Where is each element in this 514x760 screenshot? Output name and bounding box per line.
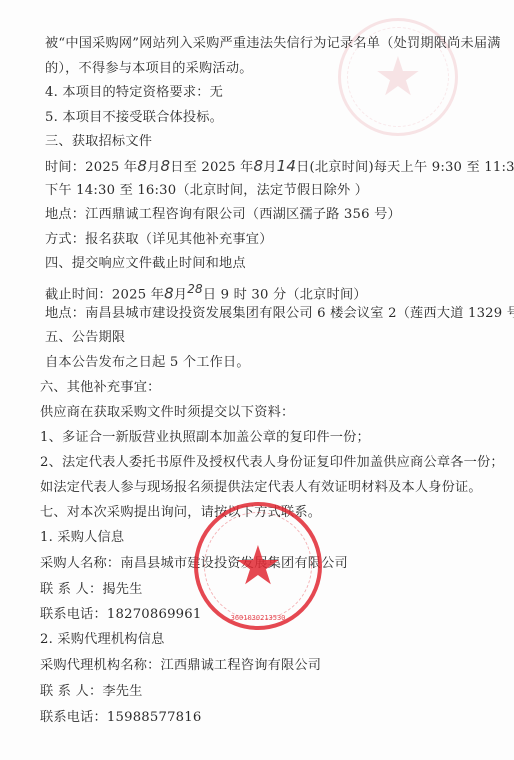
requirement-4: 4. 本项目的特定资格要求：无 xyxy=(45,85,223,101)
official-seal-stamp: ★ 3601030213530 xyxy=(194,502,322,630)
section-4-title: 四、提交响应文件截止时间和地点 xyxy=(45,256,246,272)
handwritten-day: 8 xyxy=(160,157,170,175)
handwritten-month: 8 xyxy=(164,284,174,302)
seal-number: 3601030213530 xyxy=(231,614,286,622)
blacklist-line-1: 被“中国采购网”网站列入采购严重违法失信行为记录名单（处罚期限尚未届满 xyxy=(45,36,501,52)
agent-name: 采购代理机构名称：江西鼎诚工程咨询有限公司 xyxy=(40,658,321,674)
document-page: ★ 被“中国采购网”网站列入采购严重违法失信行为记录名单（处罚期限尚未届满 的）… xyxy=(0,0,514,760)
section-3-title: 三、获取招标文件 xyxy=(45,134,152,150)
section-6-item-1: 1、多证合一新版营业执照副本加盖公章的复印件一份； xyxy=(40,430,370,446)
star-icon: ★ xyxy=(234,539,282,593)
handwritten-month: 8 xyxy=(137,157,147,175)
handwritten-day: 28 xyxy=(187,282,203,296)
section-3-method: 方式：报名获取（详见其他补充事宜） xyxy=(45,232,273,248)
handwritten-month: 8 xyxy=(254,157,264,175)
blacklist-line-2: 的），不得参与本项目的采购活动。 xyxy=(45,61,253,77)
buyer-contact: 联 系 人：揭先生 xyxy=(40,582,143,598)
agent-contact: 联 系 人：李先生 xyxy=(40,684,143,700)
section-3-time: 时间：2025 年8月8日至 2025 年8月14日(北京时间)每天上午 9:3… xyxy=(45,158,514,176)
section-6-item-2b: 如法定代表人参与现场报名须提供法定代表人有效证明材料及本人身份证。 xyxy=(40,480,482,496)
section-3-time-afternoon: 下午 14:30 至 16:30（北京时间，法定节假日除外 ） xyxy=(45,183,368,199)
section-5-body: 自本公告发布之日起 5 个工作日。 xyxy=(45,355,250,371)
section-4-deadline: 截止时间：2025 年8月28日 9 时 30 分（北京时间） xyxy=(45,281,367,303)
section-3-place: 地点：江西鼎诚工程咨询有限公司（西湖区孺子路 356 号） xyxy=(45,207,401,223)
section-6-item-2: 2、法定代表人委托书原件及授权代表人身份证复印件加盖供应商公章各一份； xyxy=(40,455,504,471)
buyer-info-title: 1. 采购人信息 xyxy=(40,530,124,546)
deadline-prefix: 截止时间：2025 年 xyxy=(45,287,164,302)
month-label: 月 xyxy=(147,160,160,175)
section-6-title: 六、其他补充事宜： xyxy=(40,380,161,396)
time-suffix: 日(北京时间)每天上午 9:30 至 11:30， xyxy=(296,160,514,175)
agent-phone: 联系电话：15988577816 xyxy=(40,710,201,726)
star-icon: ★ xyxy=(374,50,422,104)
agent-info-title: 2. 采购代理机构信息 xyxy=(40,632,164,648)
section-4-place: 地点：南昌县城市建设投资发展集团有限公司 6 楼会议室 2（莲西大道 1329 … xyxy=(45,306,514,322)
handwritten-day: 14 xyxy=(277,157,297,175)
section-6-intro: 供应商在获取采购文件时须提交以下资料： xyxy=(40,405,294,421)
deadline-suffix: 日 9 时 30 分（北京时间） xyxy=(203,287,367,302)
time-prefix: 时间：2025 年 xyxy=(45,160,137,175)
section-5-title: 五、公告期限 xyxy=(45,330,125,346)
month-label: 月 xyxy=(174,287,187,302)
time-mid: 日至 2025 年 xyxy=(170,160,253,175)
month-label: 月 xyxy=(263,160,276,175)
requirement-5: 5. 本项目不接受联合体投标。 xyxy=(45,110,223,126)
buyer-phone: 联系电话：18270869961 xyxy=(40,607,201,623)
